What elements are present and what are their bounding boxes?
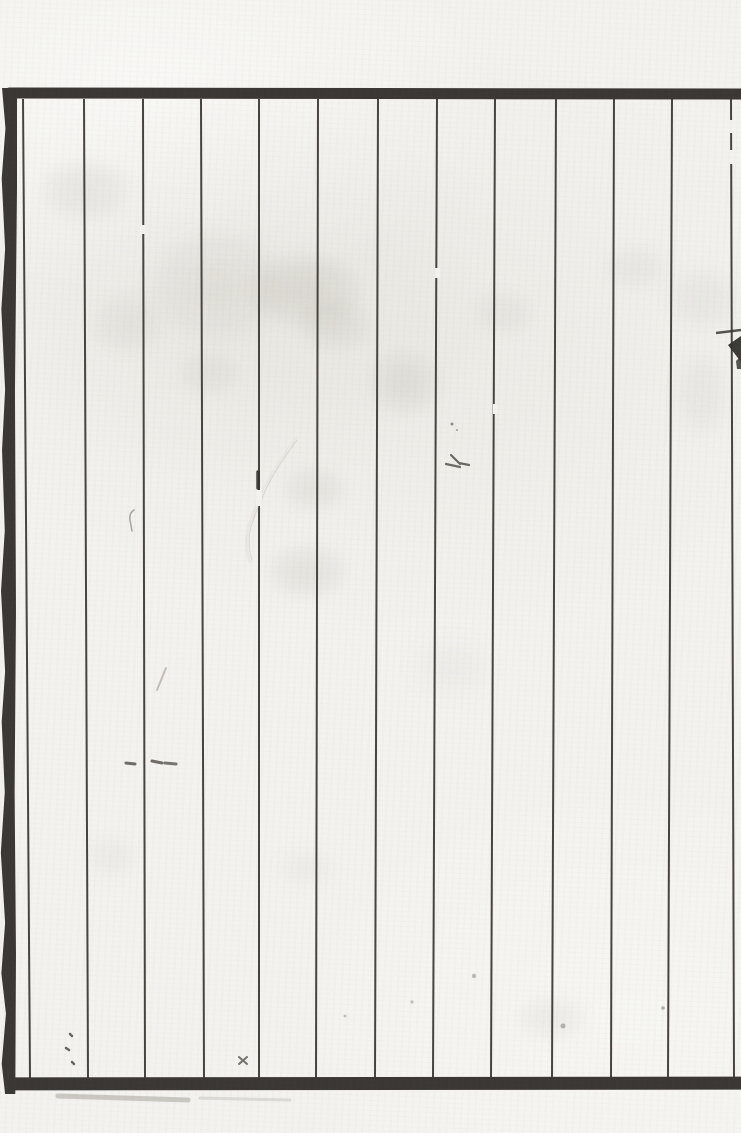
column-rule (316, 99, 318, 1078)
dash-mark (165, 763, 176, 764)
column-rule (23, 99, 30, 1078)
speck (661, 1006, 665, 1010)
column-rule (201, 99, 204, 1078)
rule-break (730, 150, 736, 164)
speck (561, 1024, 566, 1029)
check-mark (446, 455, 469, 467)
speck (472, 974, 476, 978)
column-rule (143, 99, 145, 1078)
dash-mark (152, 761, 162, 763)
column-rule (552, 99, 556, 1078)
rule-break (729, 120, 735, 133)
dash-mark (126, 763, 135, 764)
faint-squiggle (130, 510, 134, 531)
faint-slash (157, 668, 166, 690)
rule-break (256, 490, 262, 506)
speck-cluster (66, 1034, 74, 1064)
crease-scratch (247, 438, 296, 562)
rule-break (493, 404, 498, 414)
speck (410, 1000, 413, 1003)
frame-shadow (58, 1096, 188, 1100)
fold-mark (716, 330, 741, 333)
frame-border-bottom (7, 1077, 741, 1091)
column-rule (84, 99, 88, 1078)
speck (451, 423, 454, 426)
speck (456, 429, 458, 431)
scanned-page (0, 0, 741, 1133)
x-mark (239, 1057, 247, 1064)
frame-shadow (200, 1098, 290, 1100)
column-rule (491, 99, 495, 1078)
column-rule (731, 99, 734, 1078)
column-rule (611, 99, 614, 1078)
speck (344, 1015, 347, 1018)
frame-border-top (6, 87, 741, 99)
rule-break (140, 225, 145, 234)
rule-break (435, 268, 440, 278)
column-rules-layer (0, 0, 741, 1133)
column-rule (668, 99, 672, 1078)
column-rule (433, 99, 437, 1078)
column-rule (375, 99, 378, 1078)
